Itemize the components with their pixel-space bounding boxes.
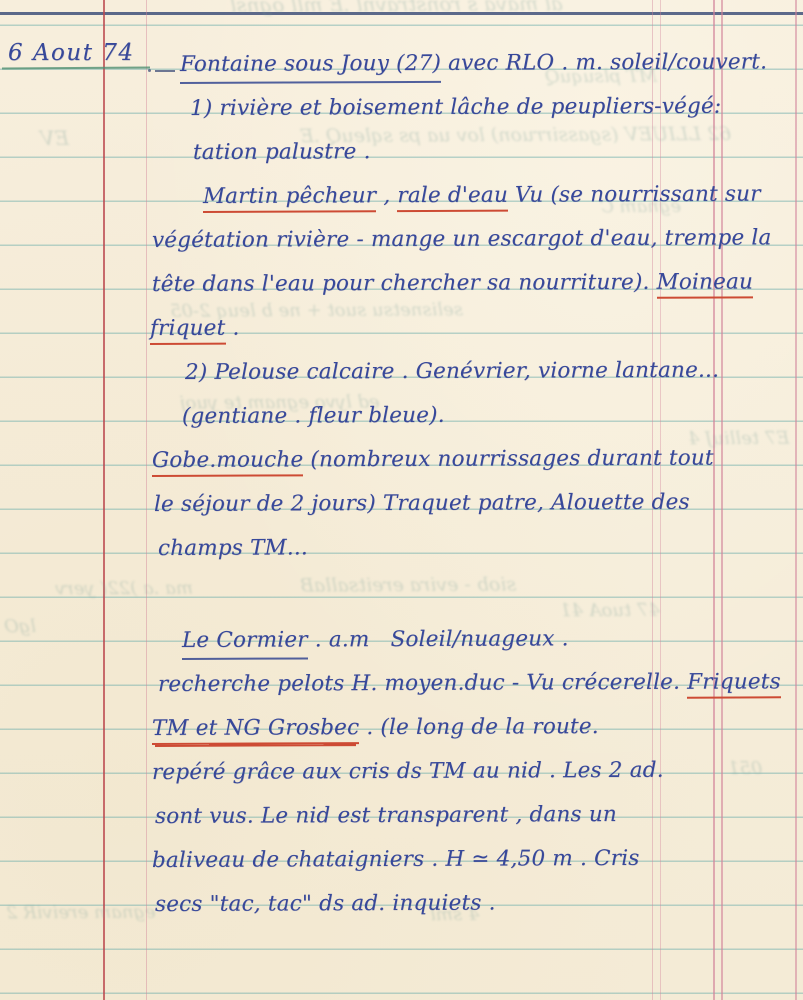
heading-underlined: Fontaine sous Jouy (27) [180,51,441,84]
species-name-underlined-red: Martin pêcheur [203,183,376,213]
handwriting-text: . [225,316,239,341]
bleed-through-text: EV [40,126,69,150]
handwriting-text: repéré grâce aux cris ds TM au nid . Les… [152,758,664,785]
handwritten-line: 2) Pelouse calcaire . Genévrier, viorne … [185,355,719,389]
page-edge-line [795,0,797,1000]
bleed-through-text: egnam ereiviR 2 [6,902,156,924]
bleed-through-text: ma .a )22( yerv [55,578,193,600]
handwritten-line: repéré grâce aux cris ds TM au nid . Les… [152,755,664,789]
species-name-underlined-red: TM et NG Grosbec [152,715,359,745]
handwritten-line: tête dans l'eau pour chercher sa nourrit… [152,266,753,301]
handwriting-text: avec RLO . m. soleil/couvert. [441,49,767,75]
handwriting-text: champs TM... [158,535,308,561]
handwritten-line: friquet . [150,313,240,345]
bleed-through-text: al mava s ronstravnl .E mll ognsl [230,0,563,17]
species-name-underlined-red: Friquets [687,669,781,698]
heading-underlined: Le Cormier [182,627,308,660]
handwriting-text: tation palustre . [193,139,371,165]
handwriting-text: 2) Pelouse calcaire . Genévrier, viorne … [185,358,719,385]
bleed-through-text: 051 [728,758,762,779]
handwriting-text: le séjour de 2 jours) Traquet patre, Alo… [154,490,690,517]
left-margin-line [103,0,105,1000]
handwriting-text: . (le long de la route. [359,714,599,740]
handwritten-line: Gobe.mouche (nombreux nourrissages duran… [152,443,714,477]
handwriting-text: , [376,183,397,208]
handwriting-text: sont vus. Le nid est transparent , dans … [155,802,617,829]
handwritten-line: champs TM... [158,532,308,565]
handwriting-text: tête dans l'eau pour chercher sa nourrit… [152,270,657,297]
bleed-through-text: lgO [4,616,36,637]
handwritten-line: TM et NG Grosbec . (le long de la route. [152,711,599,745]
species-name-underlined-red: Gobe.mouche [152,447,304,477]
handwritten-line: le séjour de 2 jours) Traquet patre, Alo… [154,487,690,521]
handwritten-line: recherche pelots H. moyen.duc - Vu créce… [158,666,781,701]
left-secondary-margin-line [146,0,147,1000]
notebook-page: al mava s ronstravnl .E mll ognslMT plsu… [0,0,803,1000]
handwritten-line: 1) rivière et boisement lâche de peuplie… [190,91,722,125]
handwritten-line: Martin pêcheur , rale d'eau Vu (se nourr… [203,179,761,213]
species-name-underlined-red: rale d'eau [397,183,508,212]
right-margin-line-1 [713,0,715,1000]
handwriting-text: . a.m Soleil/nuageux . [308,626,569,652]
handwritten-line: végétation rivière - mange un escargot d… [152,222,772,257]
handwritten-line: secs "tac, tac" ds ad. inquiets . [155,888,496,921]
handwriting-text: recherche pelots H. moyen.duc - Vu créce… [158,670,687,697]
handwritten-line: sont vus. Le nid est transparent , dans … [155,799,617,833]
handwriting-text: Vu (se nourrissant sur [508,182,761,208]
handwriting-text: végétation rivière - mange un escargot d… [152,225,772,253]
date-underline-dash [155,70,175,72]
handwriting-text: baliveau de chataigniers . H ≃ 4,50 m . … [152,846,640,873]
species-name-underlined-red: friquet [150,316,226,345]
handwritten-line: baliveau de chataigniers . H ≃ 4,50 m . … [152,843,640,877]
right-margin-line-2 [721,0,723,1000]
handwriting-text: (nombreux nourrissages durant tout [303,446,713,473]
handwriting-text: secs "tac, tac" ds ad. inquiets . [155,891,496,917]
entry-date: 6 Aout 74 [8,40,135,66]
handwritten-line: tation palustre . [193,136,371,169]
bleed-through-text: siob - evira ereitsallaB [300,573,516,596]
handwriting-text: 1) rivière et boisement lâche de peuplie… [190,94,722,121]
handwriting-text: (gentiane . fleur bleue). [182,403,445,429]
handwritten-line: Fontaine sous Jouy (27) avec RLO . m. so… [180,46,767,81]
bleed-through-text: 47 tuoA 41 [560,600,660,622]
date-underline-dot [148,69,151,72]
handwritten-line: (gentiane . fleur bleue). [182,400,445,433]
handwritten-line: Le Cormier . a.m Soleil/nuageux . [182,623,569,657]
species-name-underlined-red: Moineau [657,269,754,298]
